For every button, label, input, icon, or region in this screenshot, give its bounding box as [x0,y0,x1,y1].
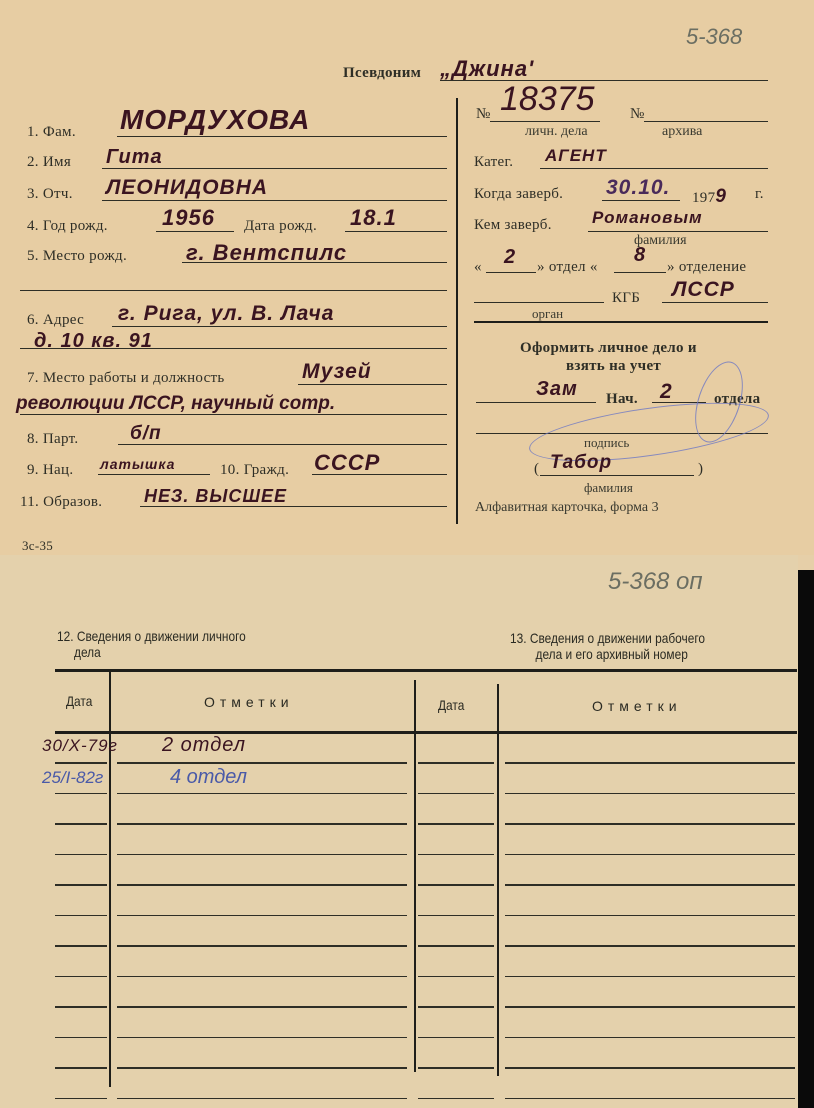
table-row-rule [418,793,494,795]
table-row-rule [117,1037,407,1039]
entry-date-1: 30/X-79г [42,736,118,756]
table-row-rule [117,915,407,917]
table-row-rule [55,1037,107,1039]
entry-mark-2: 4 отдел [170,766,247,789]
col-date-1: Дата [66,693,92,709]
table-row-rule [117,1006,407,1008]
table-row-rule [55,762,107,764]
table-row-rule [418,884,494,886]
table-row-rule [418,1037,494,1039]
table-row-rule [55,915,107,917]
table-row-rule [418,915,494,917]
scan-edge [798,570,814,1108]
table-row-rule [117,793,407,795]
col-date-2: Дата [438,697,464,713]
table-row-rule [117,945,407,947]
card-divider [456,98,458,524]
table-row-rule [418,823,494,825]
table-row-rule [117,976,407,978]
table-row-rule [55,1006,107,1008]
table-row-rule [117,1098,407,1100]
table-row-rule [55,793,107,795]
archive-mark-top: 5-368 [686,24,742,50]
table-row-rule [117,762,407,764]
table-row-rule [505,945,795,947]
table-row-rule [505,854,795,856]
table-row-rule [418,854,494,856]
table-row-rule [55,1098,107,1100]
form-title: Алфавитная карточка, форма 3 [475,500,659,516]
table-row-rule [505,1006,795,1008]
table-row-rule [418,945,494,947]
table-row-rule [505,884,795,886]
form-code: 3с-35 [22,538,53,554]
table-row-rule [55,1067,107,1069]
table-row-rule [418,1067,494,1069]
table-row-rule [505,762,795,764]
col-marks-1: Отметки [204,694,294,710]
table-row-rule [505,915,795,917]
table-row-rule [505,1067,795,1069]
archive-mark-bottom: 5-368 оп [608,568,703,596]
approver-surname: Табор [550,452,612,474]
table-row-rule [55,884,107,886]
entry-date-2: 25/I-82г [42,768,103,788]
table-row-rule [55,823,107,825]
personal-movement-title: 12. Сведения о движении личногодела [57,628,246,660]
table-row-rule [117,823,407,825]
surname-value: МОРДУХОВА [120,104,310,136]
entry-mark-1: 2 отдел [162,734,246,757]
table-row-rule [505,1037,795,1039]
table-row-rule [418,976,494,978]
working-movement-title: 13. Сведения о движении рабочегодела и е… [510,630,705,662]
table-row-rule [418,762,494,764]
table-row-rule [418,1098,494,1100]
table-row-rule [505,976,795,978]
table-row-rule [505,1098,795,1100]
table-row-rule [117,884,407,886]
table-row-rule [117,1067,407,1069]
table-row-rule [505,793,795,795]
table-row-rule [55,854,107,856]
table-row-rule [55,976,107,978]
table-row-rule [117,854,407,856]
table-row-rule [418,1006,494,1008]
col-marks-2: Отметки [592,698,682,714]
pseudonym-value: „Джина' [440,56,534,82]
table-row-rule [55,945,107,947]
table-row-rule [505,823,795,825]
pseudonym-label: Псевдоним [343,65,421,82]
